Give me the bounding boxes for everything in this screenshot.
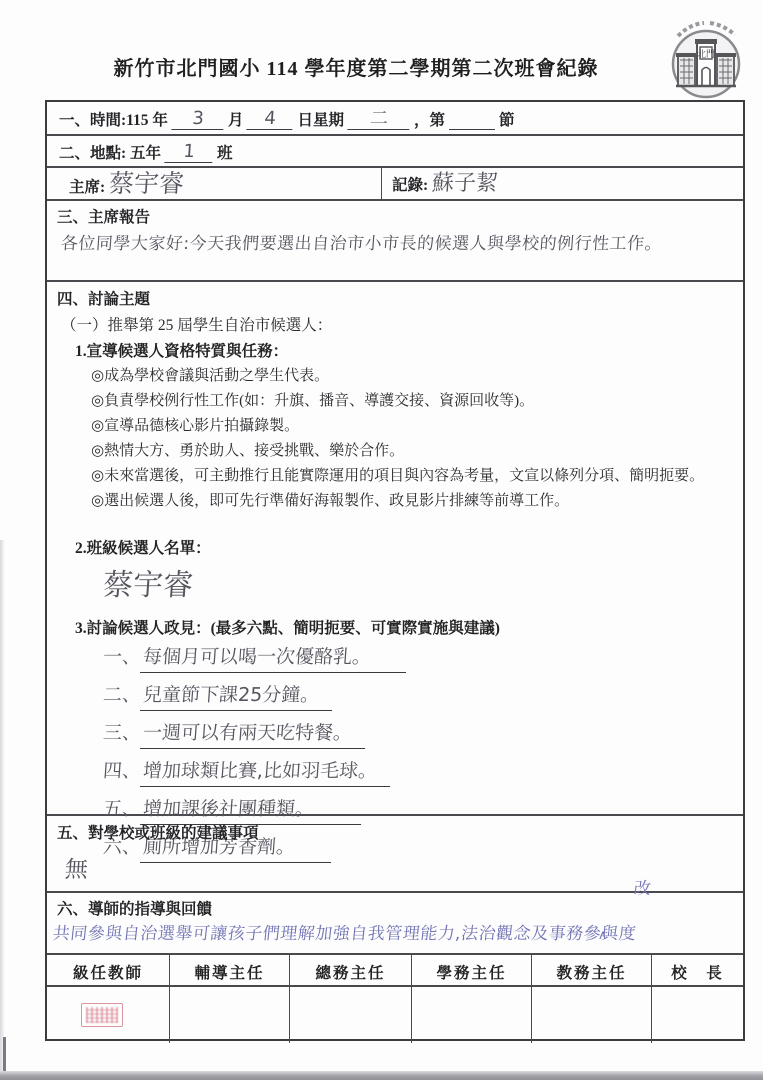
- time-weekday-value: 二: [347, 110, 410, 130]
- opinion-number: 四、: [102, 758, 142, 784]
- discussion-section: 四、討論主題 （一）推舉第 25 屆學生自治市候選人： 1.宣導候選人資格特質與…: [47, 282, 743, 816]
- discussion-topic: （一）推舉第 25 屆學生自治市候選人：: [61, 313, 743, 335]
- signature-cell-academic-affairs: [532, 987, 652, 1043]
- chair-cell: 主席: 蔡宇睿: [47, 168, 382, 199]
- meeting-record-table: 一、時間:115 年 3 月 4 日星期 二 ，第 節 二、地點: 五年 1 班…: [45, 100, 745, 1041]
- bullet-item: ◎成為學校會議與活動之學生代表。: [91, 364, 743, 389]
- opinion-text: 每個月可以喝一次優酪乳。: [140, 644, 408, 673]
- time-period-prefix: ，第: [414, 112, 445, 129]
- opinion-number: 三、: [102, 720, 142, 746]
- recorder-cell: 記錄: 蘇子絜: [382, 168, 743, 199]
- opinion-item: 三、一週可以有兩天吃特餐。: [103, 720, 743, 749]
- opinion-item: 一、每個月可以喝一次優酪乳。: [103, 644, 743, 673]
- stamp-ink: [86, 1007, 118, 1023]
- signature-header-principal: 校 長: [652, 955, 743, 985]
- feedback-caret-mark: ∧: [597, 928, 608, 943]
- bullet-item: ◎選出候選人後，即可先行準備好海報製作、政見影片排練等前導工作。: [91, 489, 743, 514]
- signature-cell-principal: [652, 987, 743, 1043]
- time-day-suffix: 日星期: [297, 112, 344, 129]
- signature-header-counseling: 輔導主任: [170, 955, 290, 985]
- chair-name-handwritten: 蔡宇睿: [108, 171, 185, 196]
- teacher-feedback-section: 六、導師的指導與回饋 共同參與自治選舉可讓孩子們理解加強自我管理能力,法治觀念及…: [47, 893, 743, 955]
- discussion-sub2: 2.班級候選人名單：: [75, 536, 743, 558]
- signature-cell-student-affairs: [412, 987, 532, 1043]
- opinion-item: 二、兒童節下課25分鐘。: [103, 682, 743, 711]
- time-month-suffix: 月: [228, 112, 244, 129]
- scan-edge-left: [0, 540, 4, 1071]
- page-title: 新竹市北門國小 114 學年度第二學期第二次班會紀錄: [0, 52, 712, 81]
- time-month-value: 3: [171, 110, 224, 130]
- location-row: 二、地點: 五年 1 班: [47, 136, 743, 168]
- signature-cells-row: [47, 987, 743, 1043]
- bullet-item: ◎熱情大方、勇於助人、接受挑戰、樂於合作。: [91, 439, 743, 464]
- chair-label: 主席:: [69, 179, 105, 196]
- discussion-sub1: 1.宣導候選人資格特質與任務：: [75, 339, 743, 361]
- recorder-name-handwritten: 蘇子絜: [431, 171, 499, 196]
- discussion-bullets: ◎成為學校會議與活動之學生代表。 ◎負責學校例行性工作(如：升旗、播音、導護交接…: [91, 364, 743, 514]
- time-label: 一、時間:115 年: [59, 112, 168, 129]
- recorder-label: 記錄:: [392, 177, 428, 194]
- opinion-number: 一、: [102, 644, 142, 670]
- chair-report-handwritten: 各位同學大家好:今天我們要選出自治市小市長的候選人與學校的例行性工作。: [60, 229, 663, 254]
- chair-report-section: 三、主席報告 各位同學大家好:今天我們要選出自治市小市長的候選人與學校的例行性工…: [47, 201, 743, 282]
- bullet-item: ◎負責學校例行性工作(如：升旗、播音、導護交接、資源回收等)。: [91, 389, 743, 414]
- opinion-text: 兒童節下課25分鐘。: [140, 682, 334, 711]
- teacher-feedback-label: 六、導師的指導與回饋: [57, 897, 743, 919]
- teacher-name-stamp: [81, 1003, 123, 1027]
- location-label: 二、地點: 五年: [59, 145, 161, 162]
- time-period-suffix: 節: [499, 112, 515, 129]
- signature-cell-counseling: [170, 987, 290, 1043]
- time-day-value: 4: [247, 110, 294, 130]
- chair-report-label: 三、主席報告: [57, 205, 743, 227]
- opinion-item: 四、增加球類比賽,比如羽毛球。: [103, 758, 743, 787]
- bullet-item: ◎未來當選後，可主動推行且能實際運用的項目與內容為考量，文宣以條列分項、簡明扼要…: [91, 464, 743, 489]
- scan-edge-bottom: [0, 1071, 763, 1080]
- location-class-value: 1: [164, 143, 213, 163]
- opinion-text: 增加球類比賽,比如羽毛球。: [140, 758, 392, 787]
- bullet-item: ◎宣導品德核心影片拍攝錄製。: [91, 414, 743, 439]
- signature-header-row: 級任教師 輔導主任 總務主任 學務主任 教務主任 校 長: [47, 955, 743, 987]
- candidate-name-handwritten: 蔡宇睿: [101, 564, 194, 608]
- signature-header-student-affairs: 學務主任: [412, 955, 532, 985]
- signature-header-general-affairs: 總務主任: [290, 955, 412, 985]
- suggestions-handwritten: 無: [64, 851, 89, 884]
- feedback-insert-mark: 改: [633, 874, 653, 899]
- school-logo-icon: 北門: [664, 20, 748, 100]
- time-row: 一、時間:115 年 3 月 4 日星期 二 ，第 節: [47, 102, 743, 136]
- location-suffix: 班: [217, 145, 233, 162]
- opinion-number: 二、: [102, 682, 142, 708]
- signature-cell-general-affairs: [290, 987, 412, 1043]
- logo-label: 北門: [697, 48, 715, 59]
- scan-artifact-tick: [3, 1037, 6, 1071]
- chair-recorder-row: 主席: 蔡宇睿 記錄: 蘇子絜: [47, 168, 743, 201]
- scanned-form-page: 新竹市北門國小 114 學年度第二學期第二次班會紀錄 北門 一、時間:115 年…: [0, 0, 763, 1080]
- signature-header-academic-affairs: 教務主任: [532, 955, 652, 985]
- opinion-text: 一週可以有兩天吃特餐。: [140, 720, 367, 749]
- teacher-feedback-handwritten: 共同參與自治選舉可讓孩子們理解加強自我管理能力,法治觀念及事務參與度: [52, 919, 763, 944]
- signature-cell-homeroom: [47, 987, 170, 1043]
- suggestions-label: 五、對學校或班級的建議事項: [57, 821, 743, 843]
- signature-header-homeroom: 級任教師: [47, 955, 170, 985]
- discussion-sub3: 3.討論候選人政見：(最多六點、簡明扼要、可實際實施與建議): [75, 616, 743, 638]
- discussion-label: 四、討論主題: [57, 287, 743, 309]
- time-period-blank: [449, 129, 495, 130]
